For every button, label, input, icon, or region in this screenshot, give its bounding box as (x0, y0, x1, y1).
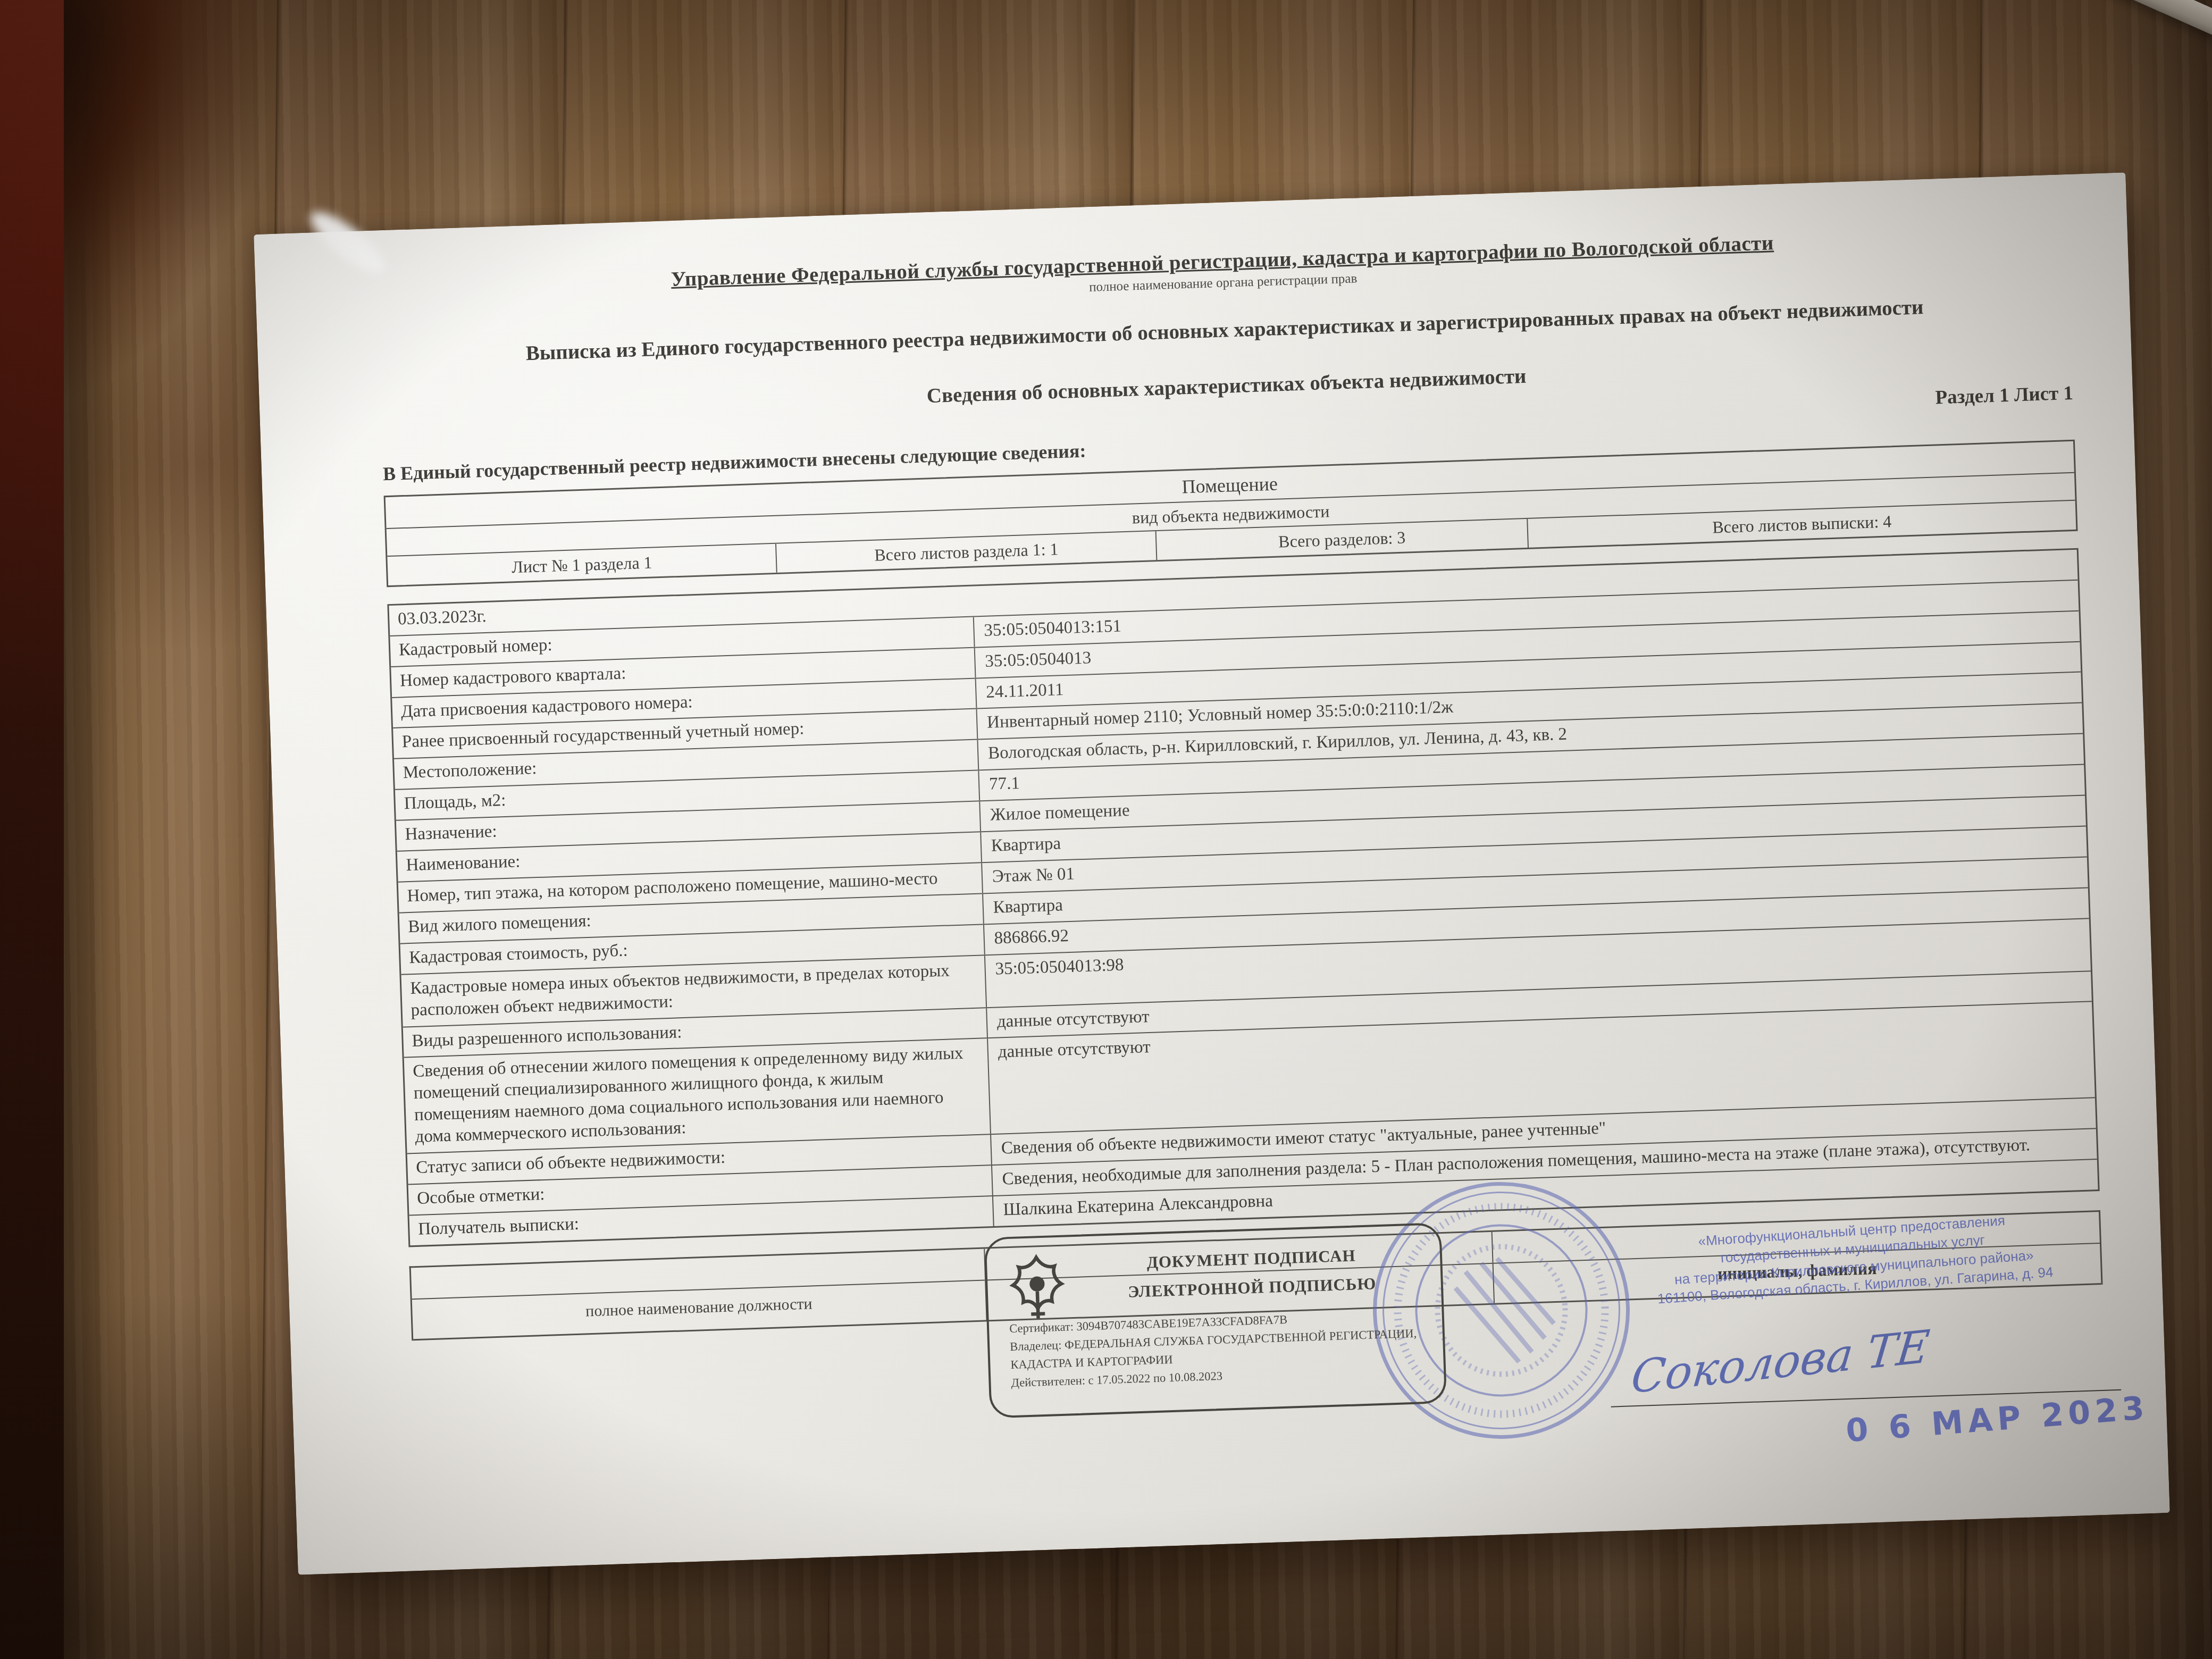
table-edge (0, 0, 64, 1659)
handwritten-signature: Соколова ТЕ (1629, 1320, 1932, 1403)
row-label: Сведения об отнесении жилого помещения к… (404, 1039, 991, 1153)
document-paper: Управление Федеральной службы государств… (254, 172, 2170, 1574)
photo-of-document: { "colors": { "paper": "#eceae5", "ink":… (0, 0, 2212, 1659)
cable (2056, 0, 2212, 43)
esignature-stamp: ДОКУМЕНТ ПОДПИСАН ЭЛЕКТРОННОЙ ПОДПИСЬЮ С… (984, 1222, 1447, 1418)
rosreestr-emblem-icon (1007, 1253, 1068, 1324)
shadow-corner (0, 0, 276, 404)
signature-block: полное наименование должности инициалы, … (409, 1203, 2108, 1509)
characteristics-table: 03.03.2023г. Кадастровый номер:35:05:050… (387, 548, 2099, 1247)
date-stamp: 0 6 МАР 2023 (1845, 1389, 2150, 1450)
